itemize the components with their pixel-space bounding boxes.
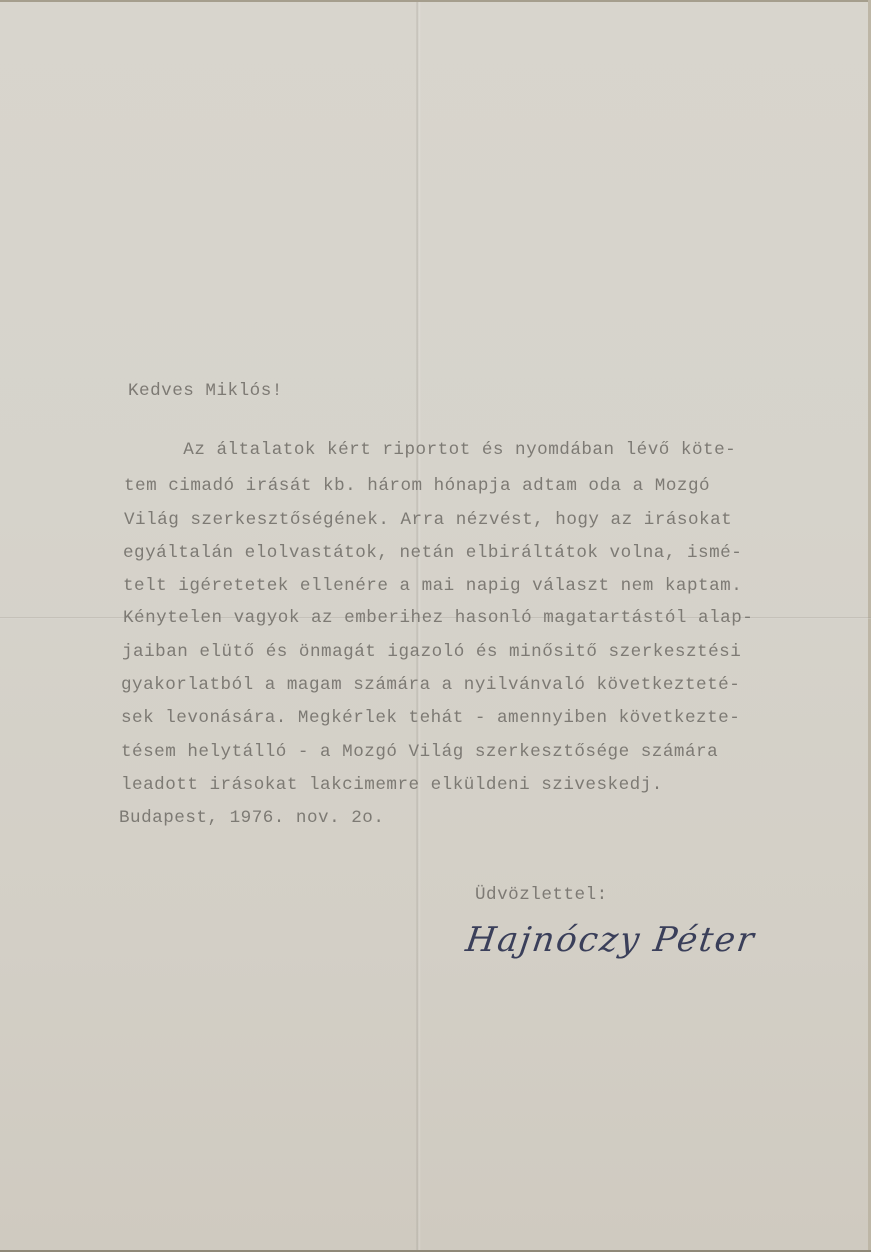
body-line: leadott irásokat lakcimemre elküldeni sz… (121, 775, 663, 795)
body-line: egyáltalán elolvastátok, netán elbiráltá… (123, 543, 742, 563)
date-line: Budapest, 1976. nov. 2o. (119, 808, 384, 828)
body-line: jaiban elütő és önmagát igazoló és minős… (122, 642, 741, 662)
letter-greeting: Kedves Miklós! (128, 381, 283, 401)
body-line: Kénytelen vagyok az emberihez hasonló ma… (123, 608, 753, 628)
handwritten-signature: Hajnóczy Péter (463, 920, 758, 960)
letter-closing: Üdvözlettel: (475, 885, 608, 905)
body-line: Az általatok kért riportot és nyomdában … (128, 440, 736, 460)
body-line: telt igéretetek ellenére a mai napig vál… (123, 576, 742, 596)
body-line: Világ szerkesztőségének. Arra nézvést, h… (124, 510, 732, 530)
body-line: sek levonására. Megkérlek tehát - amenny… (121, 708, 740, 728)
body-line: tésem helytálló - a Mozgó Világ szerkesz… (121, 742, 718, 762)
letter-body: Az általatok kért riportot és nyomdában … (128, 0, 150, 260)
body-line: tem cimadó irását kb. három hónapja adta… (124, 476, 710, 496)
body-line: gyakorlatból a magam számára a nyilvánva… (121, 675, 740, 695)
